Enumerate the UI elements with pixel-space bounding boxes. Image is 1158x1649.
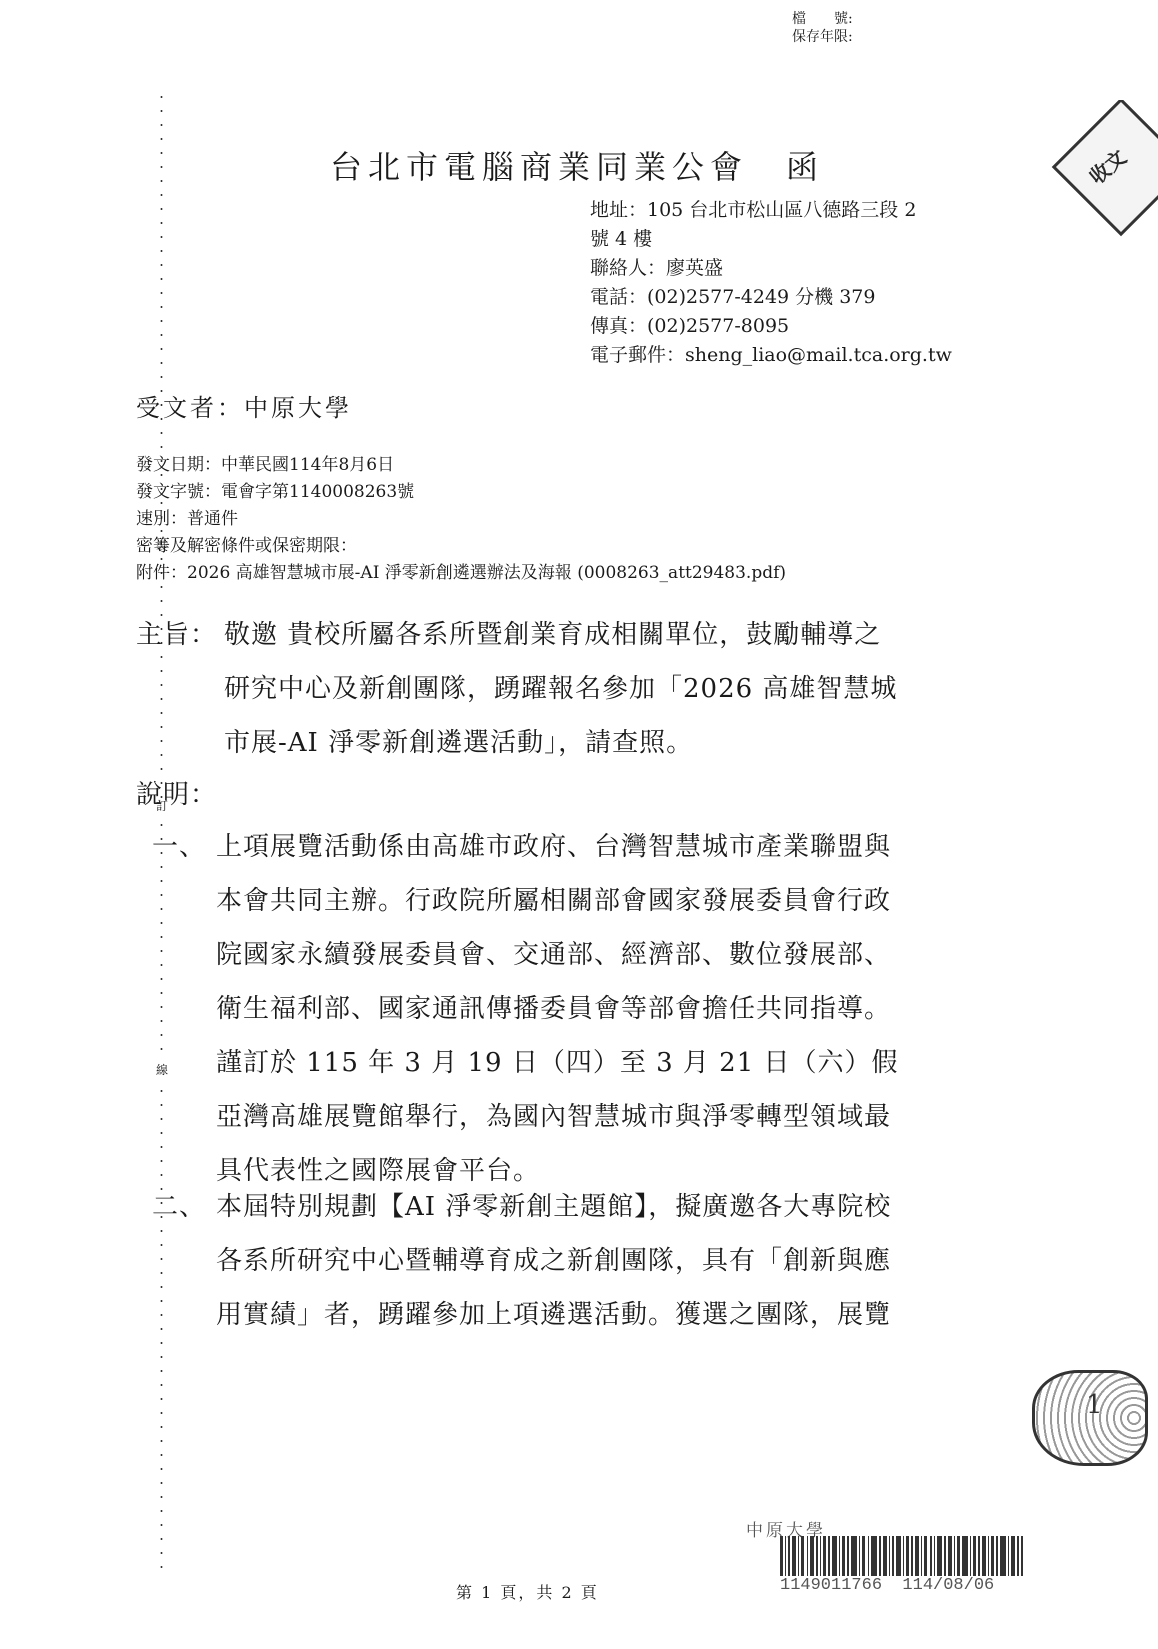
barcode-icon — [780, 1536, 1023, 1576]
sender-phone: 電話：(02)2577-4249 分機 379 — [590, 283, 990, 312]
issue-date: 發文日期：中華民國114年8月6日 — [136, 452, 786, 479]
attachment-link[interactable]: 附件：2026 高雄智慧城市展-AI 淨零新創遴選辦法及海報 (0008263_… — [136, 560, 786, 587]
subject-label: 主旨： — [136, 608, 217, 662]
subject-line: 市展-AI 淨零新創遴選活動」，請查照。 — [224, 716, 897, 770]
item-line: 各系所研究中心暨輔導育成之新創團隊，具有「創新與應 — [216, 1234, 891, 1288]
binding-mark-xian: 線 — [152, 1062, 172, 1078]
sender-info: 地址：105 台北市松山區八德路三段 2 號 4 樓 聯絡人：廖英盛 電話：(0… — [590, 196, 990, 370]
item-number: 二、 — [152, 1180, 206, 1234]
sender-contact: 聯絡人：廖英盛 — [590, 254, 990, 283]
letterhead-title: 台北市電腦商業同業公會 函 — [330, 142, 824, 188]
receipt-stamp: 收文 — [1030, 100, 1158, 240]
binding-margin: 裝 訂 線 — [78, 90, 90, 1570]
recipient: 受文者：中原大學 — [136, 388, 352, 423]
sender-address-line2: 號 4 樓 — [590, 225, 990, 254]
barcode-number: 1149011766 114/08/06 — [780, 1576, 994, 1595]
item-text: 本屆特別規劃【AI 淨零新創主題館】，擬廣邀各大專院校 各系所研究中心暨輔導育成… — [216, 1180, 891, 1342]
item-line: 亞灣高雄展覽館舉行，為國內智慧城市與淨零轉型領域最 — [216, 1090, 899, 1144]
subject-line: 敬邀 貴校所屬各系所暨創業育成相關單位，鼓勵輔導之 — [224, 608, 897, 662]
sender-email: 電子郵件：sheng_liao@mail.tca.org.tw — [590, 341, 990, 370]
subject-line: 研究中心及新創團隊，踴躍報名參加「2026 高雄智慧城 — [224, 662, 897, 716]
item-line: 本屆特別規劃【AI 淨零新創主題館】，擬廣邀各大專院校 — [216, 1180, 891, 1234]
item-number: 一、 — [152, 820, 206, 874]
item-text: 上項展覽活動係由高雄市政府、台灣智慧城市產業聯盟與 本會共同主辦。行政院所屬相關… — [216, 820, 899, 1198]
document-number: 發文字號：電會字第1140008263號 — [136, 479, 786, 506]
official-seal: 1 — [1020, 1360, 1158, 1470]
speed-class: 速別：普通件 — [136, 506, 786, 533]
item-line: 衛生福利部、國家通訊傳播委員會等部會擔任共同指導。 — [216, 982, 899, 1036]
file-number-label: 檔 號: — [792, 10, 853, 28]
file-meta: 檔 號: 保存年限: — [792, 10, 853, 46]
page-number: 第 1 頁，共 2 頁 — [456, 1580, 599, 1603]
document-meta: 發文日期：中華民國114年8月6日 發文字號：電會字第1140008263號 速… — [136, 452, 786, 587]
seal-page-mark: 1 — [1086, 1390, 1103, 1420]
sender-address-line1: 地址：105 台北市松山區八德路三段 2 — [590, 196, 990, 225]
item-line: 用實績」者，踴躍參加上項遴選活動。獲選之團隊，展覽 — [216, 1288, 891, 1342]
item-line: 院國家永續發展委員會、交通部、經濟部、數位發展部、 — [216, 928, 899, 982]
item-line: 謹訂於 115 年 3 月 19 日（四）至 3 月 21 日（六）假 — [216, 1036, 899, 1090]
security-level: 密等及解密條件或保密期限： — [136, 533, 786, 560]
sender-fax: 傳真：(02)2577-8095 — [590, 312, 990, 341]
barcode-bars-icon — [780, 1536, 1023, 1576]
explanation-label: 說明： — [136, 768, 217, 822]
subject-text: 敬邀 貴校所屬各系所暨創業育成相關單位，鼓勵輔導之 研究中心及新創團隊，踴躍報名… — [224, 608, 897, 770]
item-line: 上項展覽活動係由高雄市政府、台灣智慧城市產業聯盟與 — [216, 820, 899, 874]
retention-label: 保存年限: — [792, 28, 853, 46]
item-line: 本會共同主辦。行政院所屬相關部會國家發展委員會行政 — [216, 874, 899, 928]
